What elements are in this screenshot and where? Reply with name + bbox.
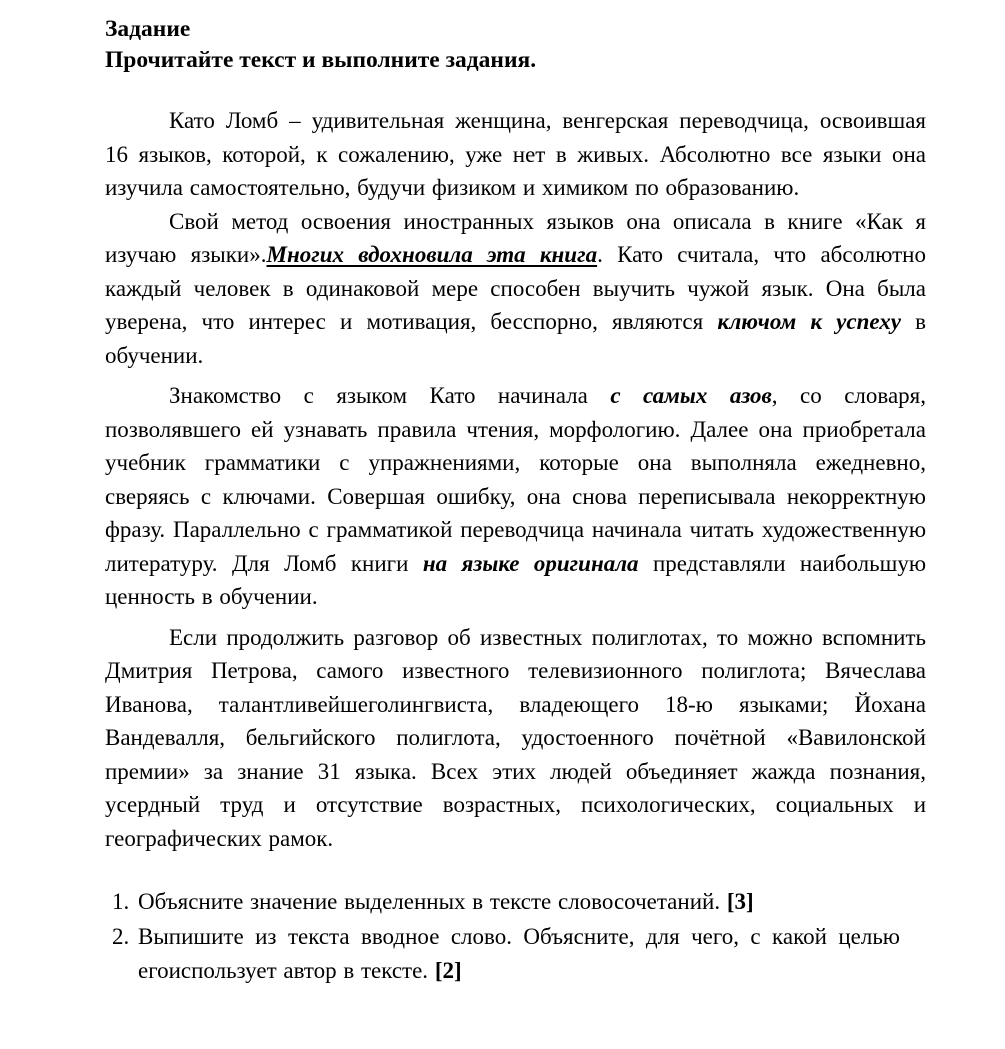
task-item-2: 2. Выпишите из текста вводное слово. Объ… [105, 920, 900, 989]
paragraph-1: Като Ломб – удивительная женщина, венгер… [105, 104, 926, 205]
task-item-1: 1. Объясните значение выделенных в текст… [105, 885, 900, 920]
highlighted-phrase: с самых азов [610, 383, 771, 408]
assignment-header: Задание Прочитайте текст и выполните зад… [105, 14, 926, 76]
task-list: 1. Объясните значение выделенных в текст… [105, 885, 926, 989]
task-number: 1. [112, 885, 138, 920]
reading-text: Като Ломб – удивительная женщина, венгер… [105, 104, 926, 855]
paragraph-4: Если продолжить разговор об известных по… [105, 621, 926, 856]
assignment-instruction: Прочитайте текст и выполните задания. [105, 45, 926, 76]
score-badge: [2] [435, 958, 462, 983]
paragraph-3: Знакомство с языком Като начинала с самы… [105, 379, 926, 614]
text-run: Если продолжить разговор об известных по… [105, 625, 926, 851]
paragraph-2: Свой метод освоения иностранных языков о… [105, 205, 926, 373]
highlighted-phrase: ключом к успеху [717, 309, 901, 334]
task-number: 2. [112, 920, 138, 989]
text-run: Выпишите из текста вводное слово. Объясн… [138, 924, 900, 984]
text-run: Като Ломб – удивительная женщина, венгер… [105, 108, 926, 200]
text-run: Объясните значение выделенных в тексте с… [138, 889, 727, 914]
document-page: Задание Прочитайте текст и выполните зад… [0, 0, 1005, 1049]
task-text: Выпишите из текста вводное слово. Объясн… [138, 920, 900, 989]
text-run: , со словаря, позволявшего ей узнавать п… [105, 383, 926, 576]
task-text: Объясните значение выделенных в тексте с… [138, 885, 900, 920]
assignment-title: Задание [105, 14, 926, 45]
highlighted-phrase: Многих вдохновила эта книга [267, 242, 598, 267]
score-badge: [3] [727, 889, 754, 914]
highlighted-phrase: на языке оригинала [423, 551, 639, 576]
text-run: Знакомство с языком Като начинала [169, 383, 610, 408]
